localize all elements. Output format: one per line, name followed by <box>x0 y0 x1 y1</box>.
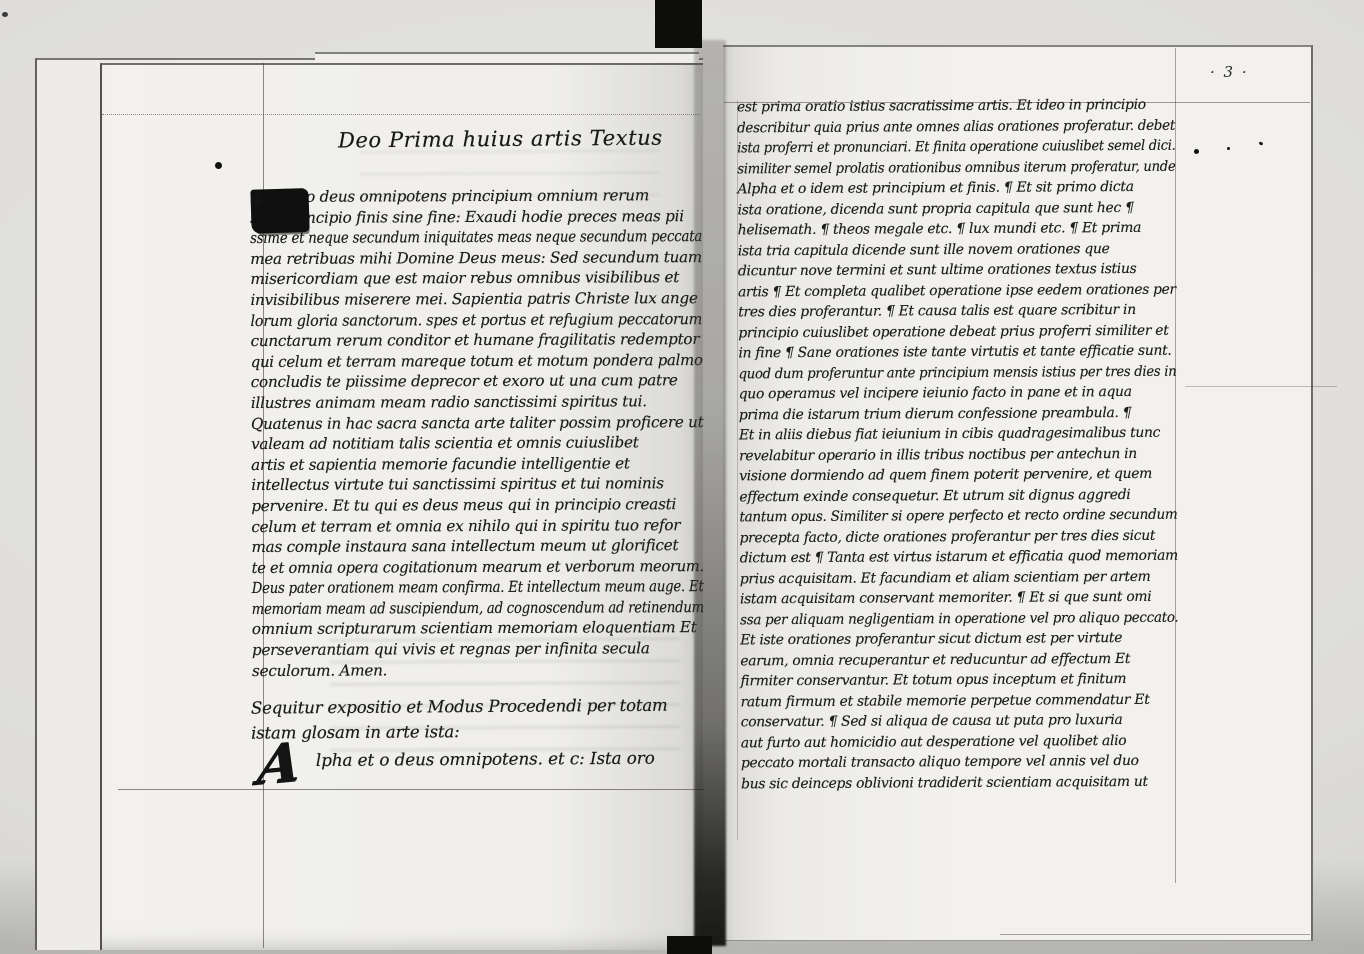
text-line: precepta facto, dicte orationes proferan… <box>740 525 1178 548</box>
ink-speck <box>215 162 222 169</box>
binding-clamp-top <box>655 0 702 48</box>
right-page-text: est prima oratio istius sacratissime art… <box>737 95 1179 795</box>
text-line: prius acquisitam. Et facundiam et aliam … <box>740 566 1178 589</box>
text-line: ssa per aliquam negligentiam in operatio… <box>740 607 1165 630</box>
text-line: ratum firmum et stabile memorie perpetue… <box>741 689 1179 712</box>
text-line: prima die istarum trium dierum confessio… <box>739 402 1177 425</box>
text-line: bus sic deinceps oblivioni tradiderit sc… <box>741 771 1179 794</box>
text-line: mea retribuas mihi Domine Deus meus: Sed… <box>250 247 700 270</box>
text-line: concludis te piissime deprecor et exoro … <box>251 370 703 393</box>
text-line: lorum gloria sanctorum. spes et portus e… <box>250 309 678 331</box>
incipit-text: lpha et o deus omnipotens. et c: Ista or… <box>316 748 655 770</box>
incipit-line: Alpha et o deus omnipotens. et c: Ista o… <box>258 737 655 788</box>
text-line: tantum opus. Similiter si opere perfecto… <box>739 505 1167 528</box>
text-line: te et omnia opera cogitationum mearum et… <box>252 556 687 578</box>
text-line: Et iste orationes proferantur sicut dict… <box>740 628 1178 651</box>
text-line: conservatur. ¶ Sed si aliqua de causa ut… <box>741 710 1179 733</box>
text-line: intellectus virtute tui sanctissimi spir… <box>251 473 703 496</box>
text-line: helisemath. ¶ theos megale etc. ¶ lux mu… <box>738 218 1176 241</box>
text-line: omnium scripturarum scientiam memoriam e… <box>252 617 704 640</box>
text-line: seculorum. Amen. <box>252 659 704 682</box>
text-line: valeam ad notitiam talis scientia et omn… <box>251 432 703 455</box>
text-line: Deus pater orationem meam confirma. Et i… <box>252 577 646 599</box>
text-line: revelabitur operario in illis tribus noc… <box>739 443 1177 466</box>
text-line: cunctarum rerum conditor et humane fragi… <box>251 329 703 352</box>
text-line: principio cuiuslibet operatione debeat p… <box>738 320 1176 343</box>
text-line: ssime et neque secundum iniquitates meas… <box>250 226 646 248</box>
drop-cap-initial: A <box>250 188 309 234</box>
text-line: memoriam meam ad suscipiendum, ad cognos… <box>252 597 645 619</box>
left-page-heading: Deo Prima huius artis Textus <box>338 126 668 153</box>
text-line: qui celum et terram mareque totum et mot… <box>251 350 693 373</box>
text-line: est prima oratio istius sacratissime art… <box>737 95 1175 118</box>
text-line: invisibilibus miserere mei. Sapientia pa… <box>250 288 702 311</box>
text-line: artis et sapientia memorie facundie inte… <box>251 453 703 476</box>
text-line: mas comple instaura sana intellectum meu… <box>251 535 703 558</box>
left-page-bottom-ruling <box>118 789 704 790</box>
text-line: dicuntur nove termini et sunt ultime ora… <box>738 259 1176 282</box>
text-line: sine principio finis sine fine: Exaudi h… <box>250 206 702 229</box>
text-line: illustres animam meam radio sanctissimi … <box>251 391 703 414</box>
ink-speck <box>1194 149 1199 154</box>
text-line: quo operamus vel incipere ieiunio facto … <box>739 382 1177 405</box>
text-line: quod dum proferuntur ante principium men… <box>739 361 1155 384</box>
binding-gutter-shadow <box>694 40 726 946</box>
folio-number: · 3 · <box>1210 63 1249 81</box>
text-line: aut furto aut homicidio aut desperatione… <box>741 730 1179 753</box>
text-line: Et in aliis diebus fiat ieiunium in cibi… <box>739 423 1177 446</box>
text-line: dictum est ¶ Tanta est virtus istarum et… <box>740 546 1176 569</box>
right-page-crease-line <box>1185 386 1337 387</box>
flourish-initial: A <box>256 737 302 789</box>
ink-speck <box>1227 147 1230 150</box>
right-page-bottom-ruling <box>1000 934 1310 935</box>
binding-clamp-bottom <box>667 936 712 954</box>
left-page-top-ruling <box>102 114 700 115</box>
text-line: describitur quia prius ante omnes alias … <box>737 115 1162 138</box>
text-line: visione dormiendo ad quem finem poterit … <box>739 464 1177 487</box>
left-page-lines: lpha et o deus omnipotens principium omn… <box>250 185 704 681</box>
text-line: similiter semel prolatis orationibus omn… <box>737 156 1152 179</box>
text-line: earum, omnia recuperantur et reducuntur … <box>740 648 1178 671</box>
text-line: ista oratione, dicenda sunt propria capi… <box>738 197 1176 220</box>
text-line: perseverantiam qui vivis et regnas per i… <box>252 638 704 661</box>
ink-speck <box>2 12 8 17</box>
text-line: celum et terram et omnia ex nihilo qui i… <box>251 515 703 538</box>
text-line: ista proferri et pronunciari. Et finita … <box>737 136 1148 159</box>
text-line: ista tria capitula dicende sunt ille nov… <box>738 238 1176 261</box>
text-line: firmiter conservantur. Et totum opus inc… <box>740 669 1178 692</box>
text-line: tres dies proferantur. ¶ Et causa talis … <box>738 300 1176 323</box>
left-page-text: A lpha et o deus omnipotens principium o… <box>250 185 704 681</box>
text-line: in fine ¶ Sane orationes iste tante virt… <box>738 341 1176 364</box>
text-line: Quatenus in hac sacra sancta arte talite… <box>251 412 701 435</box>
text-line: misericordiam que est maior rebus omnibu… <box>250 267 702 290</box>
text-line: artis ¶ Et completa qualibet operatione … <box>738 279 1173 302</box>
text-line: istam acquisitam conservant memoriter. ¶… <box>740 587 1178 610</box>
text-line: Alpha et o idem est principium et finis.… <box>737 177 1175 200</box>
text-line: Sequitur expositio et Modus Procedendi p… <box>251 692 703 720</box>
text-line: peccato mortali transacto aliquo tempore… <box>741 751 1179 774</box>
text-line: pervenire. Et tu qui es deus meus qui in… <box>251 494 703 517</box>
text-line: lpha et o deus omnipotens principium omn… <box>250 185 702 208</box>
text-line: effectum exinde consequetur. Et utrum si… <box>739 484 1177 507</box>
